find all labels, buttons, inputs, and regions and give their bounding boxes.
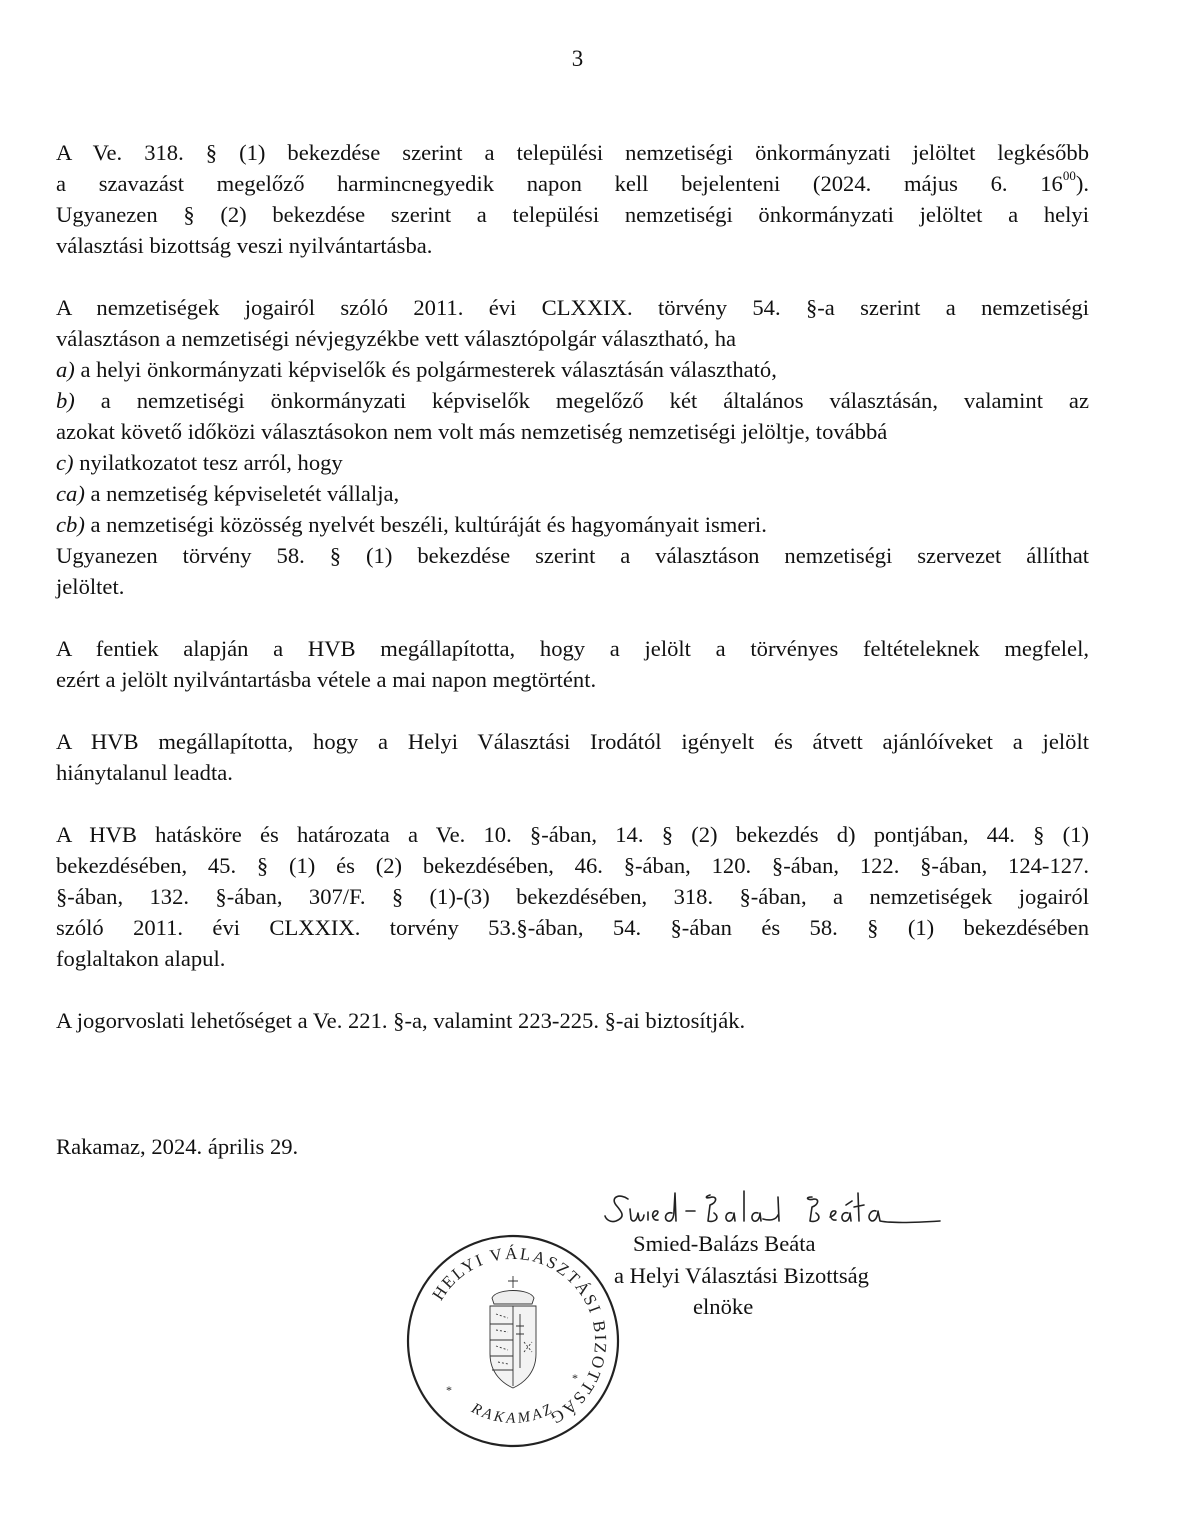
signer-title: elnöke	[693, 1294, 753, 1320]
paragraph-megallapitas: A fentiek alapján a HVB megállapította, …	[56, 633, 1089, 695]
stamp-star-right: *	[572, 1371, 578, 1385]
text-line: A nemzetiségek jogairól szóló 2011. évi …	[56, 292, 1089, 323]
list-item-b: b) a nemzetiségi önkormányzati képviselő…	[56, 385, 1089, 416]
text-line: foglaltakon alapul.	[56, 943, 1089, 974]
superscript-time: 00	[1063, 168, 1076, 183]
signer-name: Smied-Balázs Beáta	[633, 1231, 816, 1257]
list-item-ca: ca) a nemzetiség képviseletét vállalja,	[56, 478, 1089, 509]
place-and-date: Rakamaz, 2024. április 29.	[56, 1134, 298, 1160]
item-label: b)	[56, 388, 75, 413]
item-text: a nemzetiségi önkormányzati képviselők m…	[75, 388, 1089, 413]
item-text: a helyi önkormányzati képviselők és polg…	[75, 357, 777, 382]
item-label: c)	[56, 450, 74, 475]
text-line: A jogorvoslati lehetőséget a Ve. 221. §-…	[56, 1005, 1089, 1036]
list-item-b-continued: azokat követő időközi választásokon nem …	[56, 416, 1089, 447]
item-text: a nemzetiség képviseletét vállalja,	[85, 481, 399, 506]
text-fragment: a szavazást megelőző harmincnegyedik nap…	[56, 171, 1063, 196]
text-line: A HVB hatásköre és határozata a Ve. 10. …	[56, 819, 1089, 850]
signer-role: a Helyi Választási Bizottság	[614, 1263, 869, 1289]
text-line: bekezdésében, 45. § (1) és (2) bekezdésé…	[56, 850, 1089, 881]
text-line: szóló 2011. évi CLXXIX. torvény 53.§-ába…	[56, 912, 1089, 943]
text-line: választáson a nemzetiségi névjegyzékbe v…	[56, 323, 1089, 354]
text-line: §-ában, 132. §-ában, 307/F. § (1)-(3) be…	[56, 881, 1089, 912]
official-stamp: HELYI VÁLASZTÁSI BIZOTTSÁG RAKAMAZ * *	[404, 1232, 622, 1450]
handwritten-signature	[600, 1185, 960, 1235]
item-label: cb)	[56, 512, 85, 537]
text-line: választási bizottság veszi nyilvántartás…	[56, 230, 1089, 261]
document-body: A Ve. 318. § (1) bekezdése szerint a tel…	[56, 137, 1089, 1067]
coat-of-arms-icon	[490, 1276, 536, 1388]
text-fragment: ).	[1076, 171, 1089, 196]
text-line: Ugyanezen törvény 58. § (1) bekezdése sz…	[56, 540, 1089, 571]
page-number: 3	[0, 46, 1155, 72]
item-label: ca)	[56, 481, 85, 506]
list-item-a: a) a helyi önkormányzati képviselők és p…	[56, 354, 1089, 385]
paragraph-jogorvoslat: A jogorvoslati lehetőséget a Ve. 221. §-…	[56, 1005, 1089, 1036]
list-item-cb: cb) a nemzetiségi közösség nyelvét beszé…	[56, 509, 1089, 540]
text-line: A Ve. 318. § (1) bekezdése szerint a tel…	[56, 137, 1089, 168]
list-item-c: c) nyilatkozatot tesz arról, hogy	[56, 447, 1089, 478]
paragraph-ajanloivek: A HVB megállapította, hogy a Helyi Válas…	[56, 726, 1089, 788]
text-line: Ugyanezen § (2) bekezdése szerint a tele…	[56, 199, 1089, 230]
stamp-bottom-text: RAKAMAZ	[468, 1400, 557, 1427]
paragraph-hataskor: A HVB hatásköre és határozata a Ve. 10. …	[56, 819, 1089, 974]
item-label: a)	[56, 357, 75, 382]
paragraph-ve-318: A Ve. 318. § (1) bekezdése szerint a tel…	[56, 137, 1089, 261]
stamp-star-left: *	[446, 1383, 452, 1397]
text-line: ezért a jelölt nyilvántartásba vétele a …	[56, 664, 1089, 695]
text-line: A fentiek alapján a HVB megállapította, …	[56, 633, 1089, 664]
text-line: A HVB megállapította, hogy a Helyi Válas…	[56, 726, 1089, 757]
item-text: nyilatkozatot tesz arról, hogy	[74, 450, 343, 475]
paragraph-nemzetisegi-torveny: A nemzetiségek jogairól szóló 2011. évi …	[56, 292, 1089, 602]
item-text: azokat követő időközi választásokon nem …	[56, 419, 887, 444]
text-line: hiánytalanul leadta.	[56, 757, 1089, 788]
text-line: a szavazást megelőző harmincnegyedik nap…	[56, 168, 1089, 199]
text-line: jelöltet.	[56, 571, 1089, 602]
item-text: a nemzetiségi közösség nyelvét beszéli, …	[85, 512, 767, 537]
